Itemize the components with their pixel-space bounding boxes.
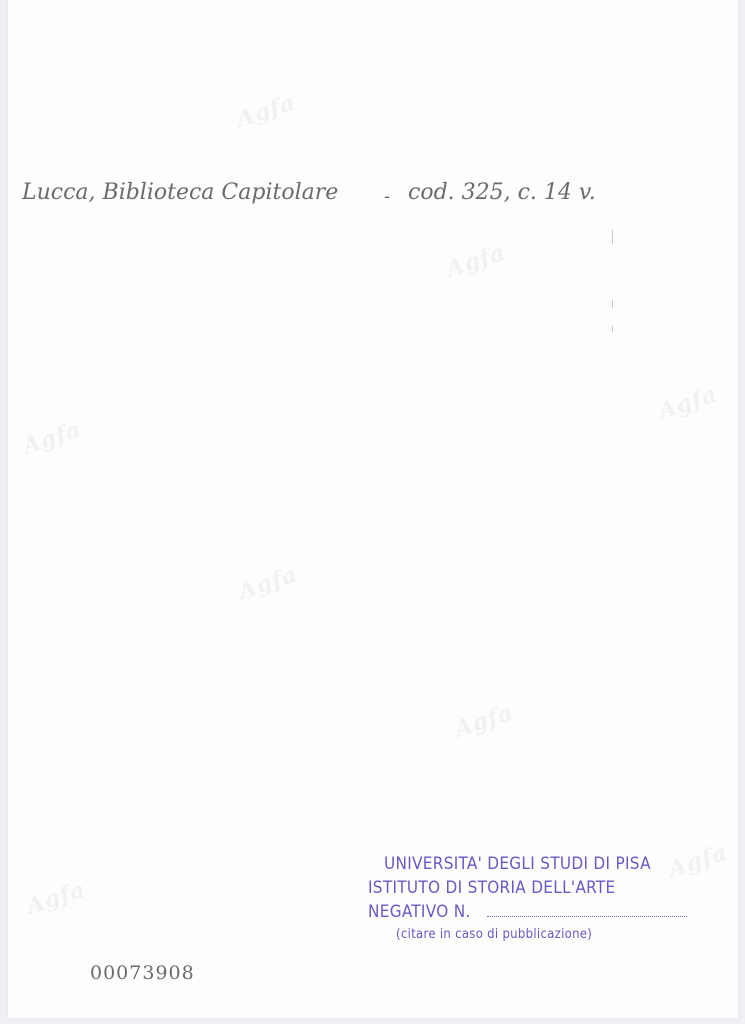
watermark-agfa: Agfa xyxy=(235,561,300,604)
institute-stamp: UNIVERSITA' DEGLI STUDI DI PISA ISTITUTO… xyxy=(360,852,690,946)
pencil-mark xyxy=(612,326,613,332)
watermark-agfa: Agfa xyxy=(233,89,298,132)
handwritten-location: Lucca, Biblioteca Capitolare xyxy=(22,180,338,205)
photo-back-card: Agfa Agfa Agfa Agfa Agfa Agfa Agfa Agfa … xyxy=(8,0,738,1018)
pencil-mark xyxy=(612,300,613,308)
handwritten-reference: cod. 325, c. 14 v. xyxy=(408,180,596,205)
pencil-mark xyxy=(612,230,613,244)
watermark-agfa: Agfa xyxy=(451,699,516,742)
stamp-negative-blank xyxy=(487,904,687,917)
stamp-university: UNIVERSITA' DEGLI STUDI DI PISA xyxy=(360,852,690,876)
handwritten-separator: - xyxy=(384,186,390,207)
stamp-negative-label: NEGATIVO N. xyxy=(368,900,471,924)
watermark-agfa: Agfa xyxy=(443,239,508,282)
watermark-agfa: Agfa xyxy=(19,416,84,459)
stamp-negative-number: NEGATIVO N. xyxy=(360,900,690,924)
watermark-agfa: Agfa xyxy=(23,876,88,919)
inventory-number: 00073908 xyxy=(90,962,195,984)
stamp-institute: ISTITUTO DI STORIA DELL'ARTE xyxy=(360,876,690,900)
stamp-citation-note: (citare in caso di pubblicazione) xyxy=(360,924,690,946)
watermark-agfa: Agfa xyxy=(655,381,720,424)
